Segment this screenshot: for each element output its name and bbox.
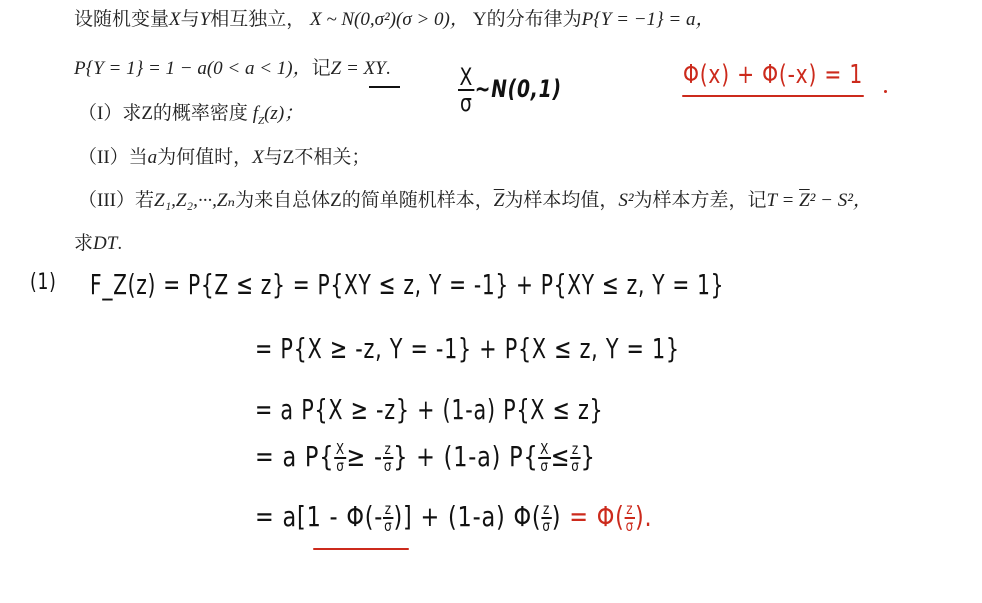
red-result: = Φ(zσ). xyxy=(569,500,652,533)
fraction: Xσ xyxy=(334,442,346,474)
text: 为来自总体Z的简单随机样本， xyxy=(235,190,494,211)
z-bar: Z xyxy=(494,190,505,211)
text: ) xyxy=(394,500,404,533)
fraction: zσ xyxy=(383,502,393,534)
xy-underline xyxy=(369,86,400,88)
fraction: zσ xyxy=(541,502,551,534)
dt: DT xyxy=(93,233,117,254)
solution-line-4: = a P{Xσ≥ -zσ} + (1-a) P{Xσ≤zσ} xyxy=(255,440,596,474)
text: 与Z不相关； xyxy=(264,147,371,168)
func-arg: (z)； xyxy=(264,103,303,124)
problem-part-3: （III）若Z₁,Z₂,···,Zₙ为来自总体Z的简单随机样本，Z为样本均值，S… xyxy=(78,189,872,213)
underlined-term: 1 - Φ(- xyxy=(307,500,384,533)
text: } xyxy=(581,440,596,473)
solution-line-1: F_Z(z) = P{Z ≤ z} = P{XY ≤ z, Y = -1} + … xyxy=(90,268,724,301)
text: 设随机变量 xyxy=(74,9,169,30)
x-distribution: X ~ N(0,σ²)(σ > 0)， xyxy=(310,9,469,30)
text: = a[ xyxy=(255,500,307,533)
y-neg-prob: P{Y = −1} = a， xyxy=(582,9,715,30)
denominator: σ xyxy=(571,459,579,474)
red-dot xyxy=(884,90,887,93)
s-squared: S² xyxy=(618,190,633,211)
text: ) xyxy=(552,500,562,533)
solution-line-3: = a P{X ≥ -z} + (1-a) P{X ≤ z} xyxy=(255,393,603,426)
text: = a P{ xyxy=(255,440,334,473)
fraction: Xσ xyxy=(458,65,475,115)
normal-dist: ~N(0,1) xyxy=(475,75,562,103)
text: 相互独立， xyxy=(210,9,305,30)
var-y: Y xyxy=(200,9,211,30)
fraction: Xσ xyxy=(538,442,550,474)
denominator: σ xyxy=(542,519,550,534)
text: . xyxy=(386,58,391,79)
z-eq: Z = xyxy=(331,58,364,79)
part-label: （II） xyxy=(78,147,129,168)
text: ≤ xyxy=(551,440,571,473)
problem-part-3-line-2: 求DT. xyxy=(74,232,122,256)
text: 求Z的概率密度 xyxy=(122,103,248,124)
solution-line-2: = P{X ≥ -z, Y = -1} + P{X ≤ z, Y = 1} xyxy=(255,332,680,365)
t-rest: ² − S²， xyxy=(810,190,872,211)
text: Y的分布律为 xyxy=(473,9,582,30)
note-underline xyxy=(682,95,864,97)
text: 为何值时， xyxy=(157,147,252,168)
fraction: zσ xyxy=(383,442,393,474)
text: 求 xyxy=(74,233,93,254)
text: . xyxy=(117,233,122,254)
text: 当 xyxy=(129,147,148,168)
denominator: σ xyxy=(336,459,344,474)
solution-line-5: = a[1 - Φ(-zσ)] + (1-a) Φ(zσ) = Φ(zσ). xyxy=(255,500,652,534)
text: ≥ - xyxy=(347,440,383,473)
fraction: zσ xyxy=(625,502,635,534)
denominator: σ xyxy=(384,519,392,534)
text: 若 xyxy=(135,190,154,211)
denominator: σ xyxy=(460,91,473,115)
denominator: σ xyxy=(626,519,634,534)
note-standardize: Xσ~N(0,1) xyxy=(458,65,562,115)
text: 为样本方差，记 xyxy=(634,190,767,211)
part-label: （III） xyxy=(78,190,135,211)
fraction: zσ xyxy=(570,442,580,474)
problem-line-1: 设随机变量X与Y相互独立， X ~ N(0,σ²)(σ > 0)， Y的分布律为… xyxy=(74,8,714,32)
z-bar: Z xyxy=(799,190,810,211)
numerator: X xyxy=(458,65,475,91)
note-phi-symmetry: Φ(x) + Φ(-x) = 1 xyxy=(683,60,863,90)
var-x: X xyxy=(169,9,181,30)
solution-underline xyxy=(313,548,409,550)
text: ). xyxy=(635,500,652,533)
xy-product: XY xyxy=(364,58,386,79)
text: } + (1-a) P{ xyxy=(393,440,538,473)
text: 记 xyxy=(312,58,331,79)
denominator: σ xyxy=(384,459,392,474)
var-a: a xyxy=(148,147,158,168)
t-def: T = xyxy=(767,190,800,211)
problem-part-2: （II）当a为何值时，X与Z不相关； xyxy=(78,146,370,170)
problem-line-2: P{Y = 1} = 1 − a(0 < a < 1)，记Z = XY. xyxy=(74,57,390,81)
part-label: （I） xyxy=(78,103,122,124)
text: = Φ( xyxy=(569,500,624,533)
text: ] + (1-a) Φ( xyxy=(403,500,541,533)
text: 与 xyxy=(181,9,200,30)
solution-label: (1) xyxy=(30,270,57,295)
text: 为样本均值， xyxy=(504,190,618,211)
problem-part-1: （I）求Z的概率密度 fZ(z)； xyxy=(78,102,303,133)
y-pos-prob: P{Y = 1} = 1 − a(0 < a < 1)， xyxy=(74,58,312,79)
var-x: X xyxy=(252,147,264,168)
denominator: σ xyxy=(540,459,548,474)
samples: Z₁,Z₂,···,Zₙ xyxy=(154,190,235,211)
